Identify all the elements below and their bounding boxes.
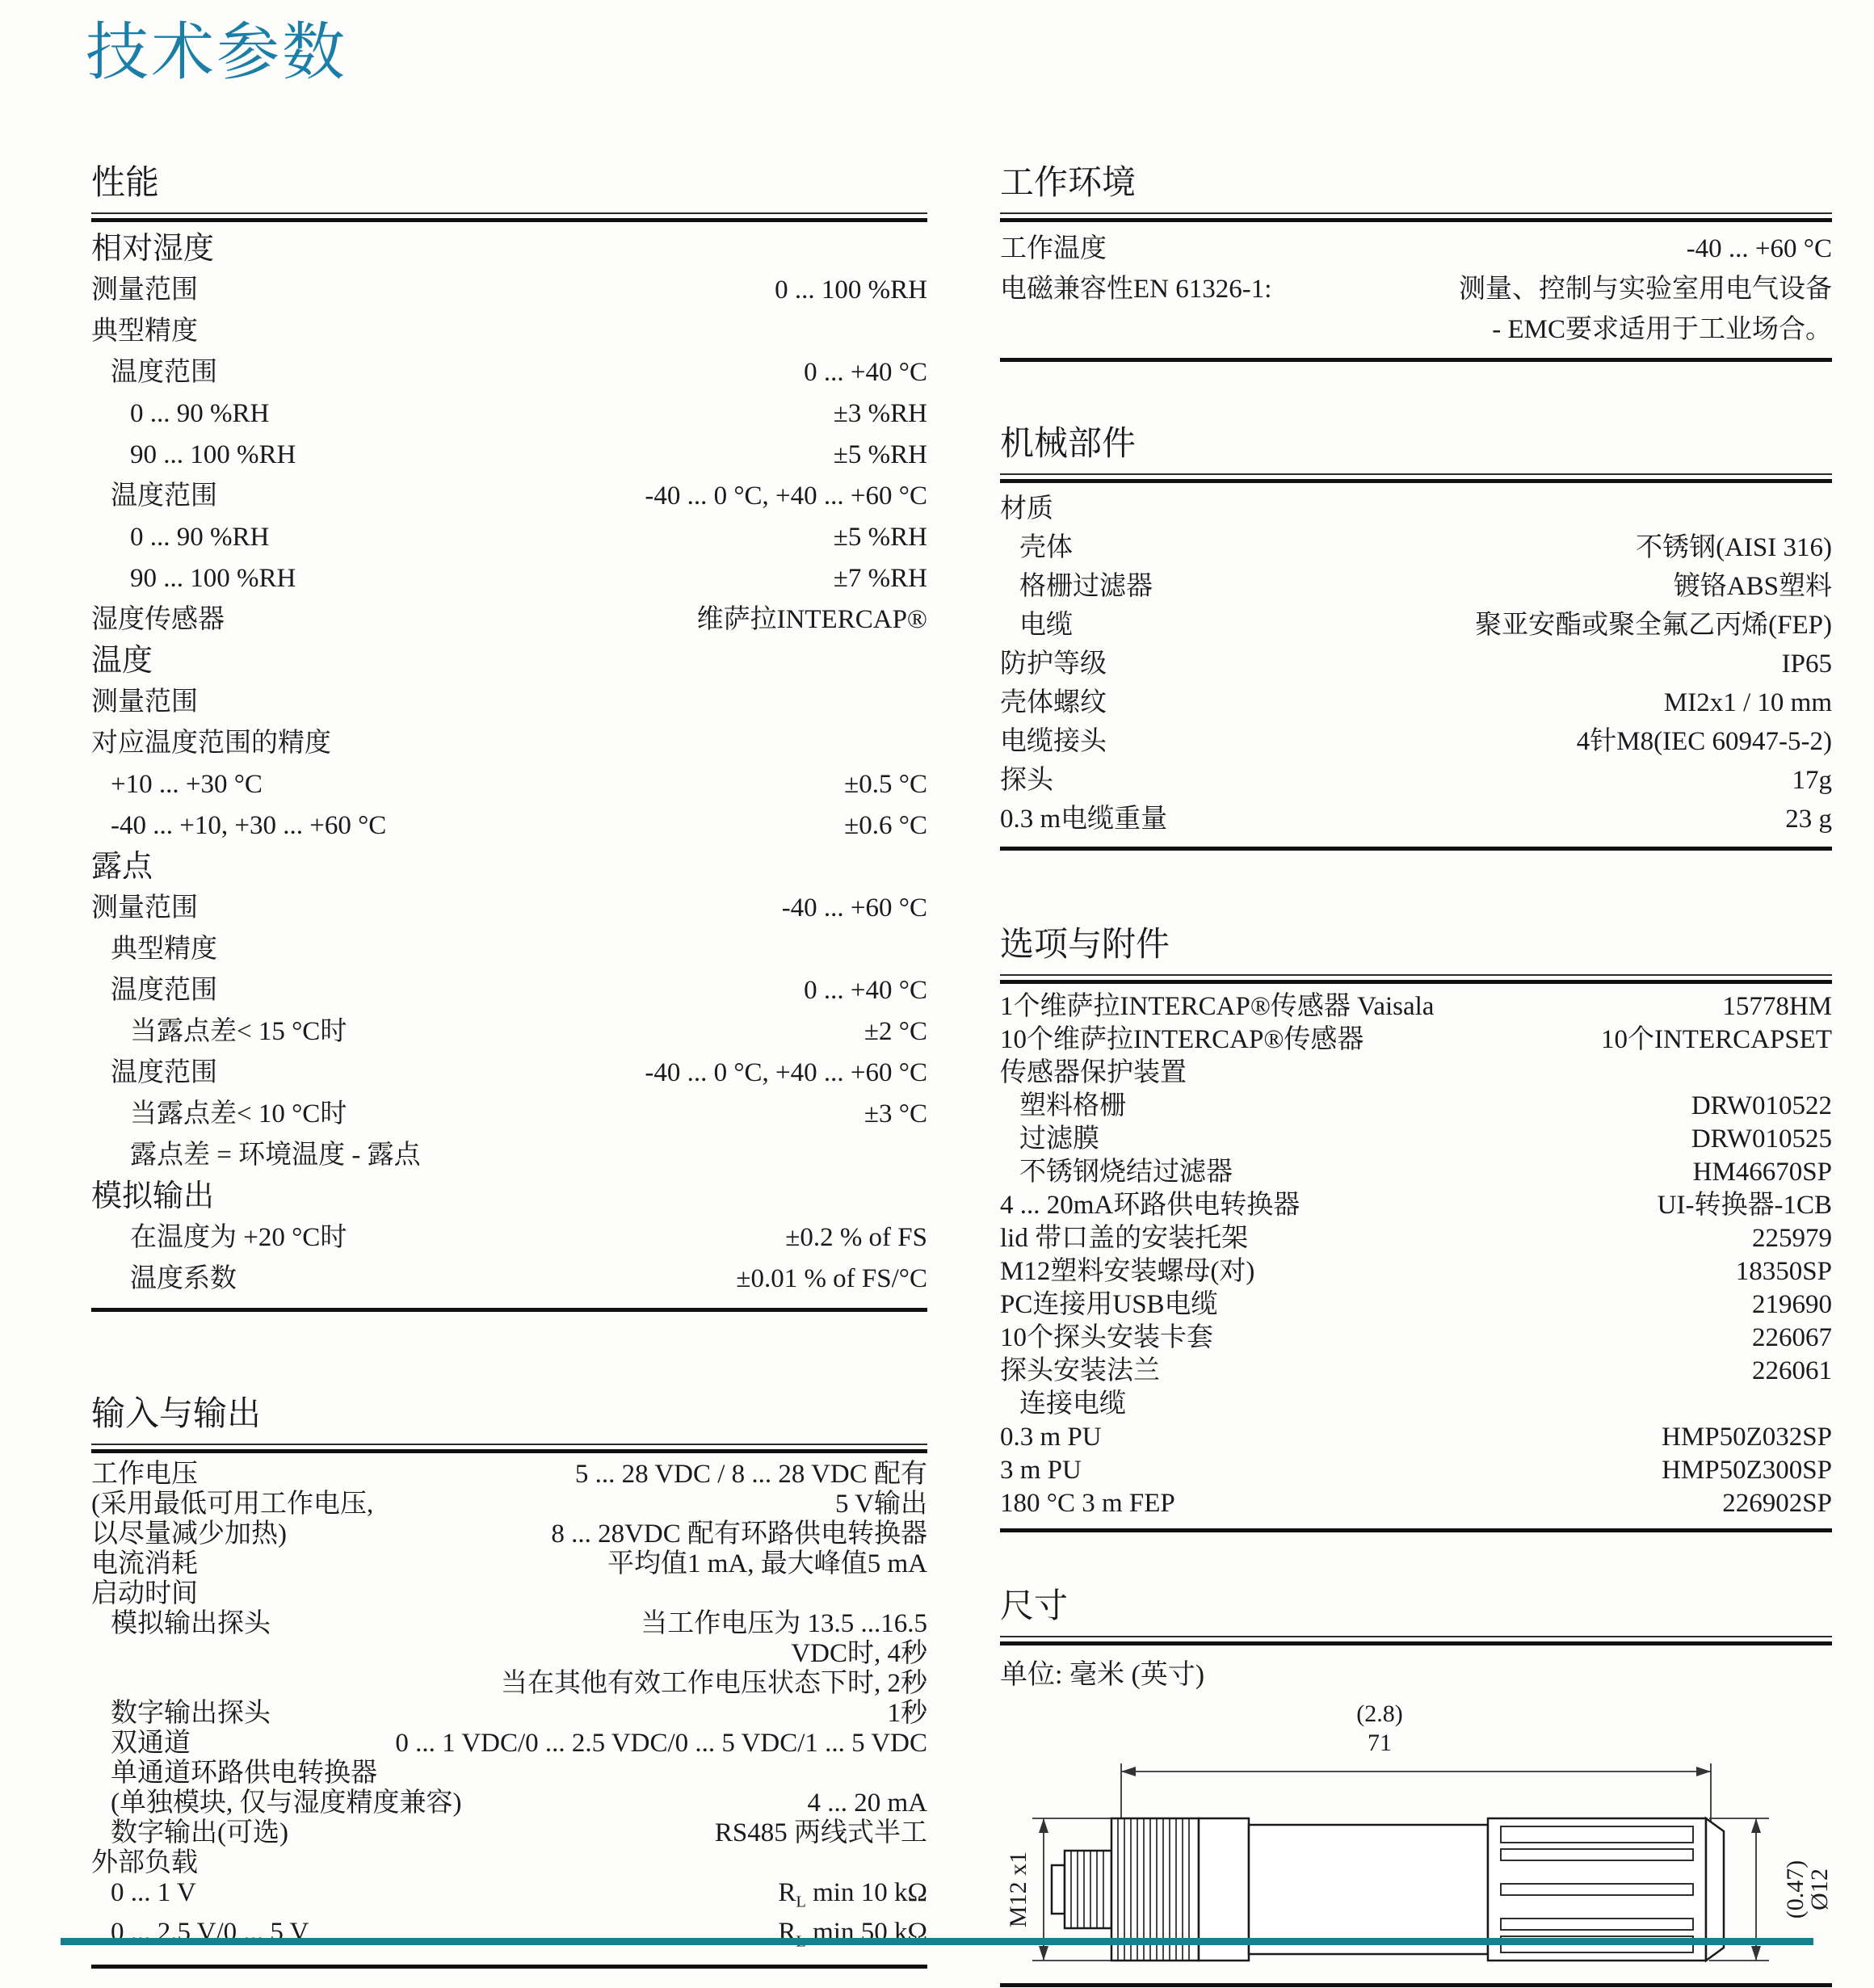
spec-label: 90 ... 100 %RH [130,558,296,599]
length-mm-label: 71 [1368,1730,1392,1756]
spec-row: 10个维萨拉INTERCAP®传感器10个INTERCAPSET [1000,1023,1832,1057]
spec-row: PC连接用USB电缆219690 [1000,1288,1832,1322]
spec-value: ±2 °C [864,1011,927,1053]
spec-label: 温度范围 [111,352,217,393]
spec-row: 90 ... 100 %RH±5 %RH [91,435,927,476]
spec-value: 聚亚安酯或聚全氟乙丙烯(FEP) [1475,606,1832,645]
diameter-mm-label: Ø12 [1806,1868,1830,1910]
spec-label: 电缆 [1019,606,1073,645]
spec-row: 90 ... 100 %RH±7 %RH [91,558,927,599]
spec-label: 测量范围 [91,682,198,723]
spec-value: 当在其他有效工作电压状态下时, 2秒 [501,1669,927,1699]
spec-label: 露点差 = 环境温度 - 露点 [130,1135,421,1176]
section-performance: 性能 相对湿度测量范围0 ... 100 %RH典型精度温度范围0 ... +4… [91,156,927,1312]
spec-row: 塑料格栅DRW010522 [1000,1090,1832,1123]
spec-value: MI2x1 / 10 mm [1664,683,1832,722]
spec-row: 电流消耗平均值1 mA, 最大峰值5 mA [91,1549,927,1579]
spec-label: 4 ... 20mA环路供电转换器 [1000,1189,1300,1222]
spec-label: 温度 [91,641,153,682]
spec-value: 不锈钢(AISI 316) [1636,528,1832,567]
spec-table-input-output: 工作电压5 ... 28 VDC / 8 ... 28 VDC 配有(采用最低可… [91,1449,927,1969]
spec-label: 当露点差< 15 °C时 [130,1011,347,1053]
spec-table-environment: 工作温度-40 ... +60 °C电磁兼容性EN 61326-1:测量、控制与… [1000,218,1832,362]
spec-row: 当露点差< 15 °C时±2 °C [91,1011,927,1053]
spec-value: HMP50Z300SP [1662,1454,1832,1487]
spec-row: 0 ... 90 %RH±5 %RH [91,517,927,558]
spec-value: ±0.2 % of FS [785,1217,927,1259]
spec-label: 工作电压 [91,1460,198,1490]
spec-label: 对应温度范围的精度 [91,723,331,764]
spec-row: 对应温度范围的精度 [91,723,927,764]
page-title: 技术参数 [86,2,347,92]
spec-value: VDC时, 4秒 [791,1639,927,1669]
spec-label: 0 ... 1 V [111,1878,196,1908]
spec-row: 在温度为 +20 °C时±0.2 % of FS [91,1217,927,1259]
spec-label: PC连接用USB电缆 [1000,1288,1218,1322]
spec-value: 5 ... 28 VDC / 8 ... 28 VDC 配有 [575,1460,927,1490]
spec-value: 0 ... +40 °C [804,352,927,393]
spec-row: 探头安装法兰226061 [1000,1355,1832,1388]
spec-label: 双通道 [111,1729,191,1759]
spec-value: 8 ... 28VDC 配有环路供电转换器 [551,1519,927,1549]
spec-label: 启动时间 [91,1579,198,1609]
datasheet-page: 技术参数 性能 相对湿度测量范围0 ... 100 %RH典型精度温度范围0 .… [0,0,1874,1988]
spec-row: 过滤膜DRW010525 [1000,1123,1832,1156]
spec-label: 湿度传感器 [91,599,225,641]
spec-row: 电缆聚亚安酯或聚全氟乙丙烯(FEP) [1000,606,1832,645]
spec-value: 23 g [1785,800,1832,838]
thread-label: M12 x1 [1005,1851,1032,1927]
spec-row: 1个维萨拉INTERCAP®传感器 Vaisala15778HM [1000,990,1832,1023]
spec-row: 露点 [91,847,927,888]
spec-value: RL min 50 kΩ [778,1918,927,1957]
length-inches-label: (2.8) [1356,1700,1402,1727]
unit-note: 单位: 毫米 (英寸) [1000,1652,1832,1699]
spec-value: 当工作电压为 13.5 ...16.5 [641,1609,927,1639]
spec-row: - EMC要求适用于工业场合。 [1000,309,1832,350]
spec-value: UI-转换器-1CB [1658,1189,1832,1222]
spec-value: 0 ... 1 VDC/0 ... 2.5 VDC/0 ... 5 VDC/1 … [395,1729,927,1759]
spec-row: 0 ... 90 %RH±3 %RH [91,393,927,435]
spec-label: 数字输出(可选) [111,1818,288,1848]
spec-label: 露点 [91,847,153,888]
spec-row: 典型精度 [91,929,927,970]
spec-row: 外部负载 [91,1848,927,1878]
spec-table-options: 1个维萨拉INTERCAP®传感器 Vaisala15778HM10个维萨拉IN… [1000,980,1832,1532]
spec-row: 3 m PUHMP50Z300SP [1000,1454,1832,1487]
spec-table-performance: 相对湿度测量范围0 ... 100 %RH典型精度温度范围0 ... +40 °… [91,218,927,1312]
spec-label: 单通道环路供电转换器 [111,1759,377,1788]
spec-value: 226061 [1752,1355,1832,1388]
spec-value: RL min 10 kΩ [778,1878,927,1918]
spec-label: 10个维萨拉INTERCAP®传感器 [1000,1023,1363,1057]
section-title-performance: 性能 [91,156,927,214]
spec-value: 平均值1 mA, 最大峰值5 mA [607,1549,927,1579]
spec-value: 225979 [1752,1222,1832,1255]
spec-row: 材质 [1000,490,1832,528]
spec-label: 电流消耗 [91,1549,198,1579]
spec-row: 模拟输出探头当工作电压为 13.5 ...16.5 [91,1609,927,1639]
section-title-environment: 工作环境 [1000,156,1832,214]
spec-value: ±0.01 % of FS/°C [736,1259,927,1300]
spec-row: 防护等级IP65 [1000,645,1832,683]
spec-label: 外部负载 [91,1848,198,1878]
spec-label: 连接电缆 [1019,1388,1126,1421]
spec-label: 模拟输出 [91,1176,214,1217]
spec-value: ±5 %RH [834,517,927,558]
spec-value: ±3 %RH [834,393,927,435]
spec-value: ±3 °C [864,1094,927,1135]
spec-value: 18350SP [1736,1255,1832,1288]
spec-row: 数字输出(可选)RS485 两线式半工 [91,1818,927,1848]
spec-row: 传感器保护装置 [1000,1057,1832,1090]
spec-label: 过滤膜 [1019,1123,1099,1156]
spec-label: 90 ... 100 %RH [130,435,296,476]
spec-row: 当在其他有效工作电压状态下时, 2秒 [91,1669,927,1699]
spec-row: 温度范围-40 ... 0 °C, +40 ... +60 °C [91,476,927,517]
spec-value: -40 ... +60 °C [1687,229,1832,269]
spec-label: 0 ... 90 %RH [130,517,269,558]
spec-label: 壳体螺纹 [1000,683,1107,722]
spec-value: -40 ... 0 °C, +40 ... +60 °C [645,476,927,517]
spec-row: 10个探头安装卡套226067 [1000,1322,1832,1355]
spec-label: 温度范围 [111,970,217,1011]
spec-row: 壳体螺纹MI2x1 / 10 mm [1000,683,1832,722]
spec-label: 电缆接头 [1000,722,1107,761]
spec-row: 壳体不锈钢(AISI 316) [1000,528,1832,567]
spec-value: 维萨拉INTERCAP® [697,599,927,641]
spec-row: 测量范围 [91,682,927,723]
spec-row: 0 ... 1 VRL min 10 kΩ [91,1878,927,1918]
spec-label: 探头 [1000,761,1053,800]
spec-row: VDC时, 4秒 [91,1639,927,1669]
spec-value: 5 V输出 [835,1490,927,1519]
right-column: 工作环境 工作温度-40 ... +60 °C电磁兼容性EN 61326-1:测… [1000,156,1832,1987]
spec-value: 0 ... 100 %RH [775,270,927,311]
spec-label: 温度范围 [111,1053,217,1094]
spec-label: 1个维萨拉INTERCAP®传感器 Vaisala [1000,990,1434,1023]
spec-label: 180 °C 3 m FEP [1000,1487,1175,1520]
section-environment: 工作环境 工作温度-40 ... +60 °C电磁兼容性EN 61326-1:测… [1000,156,1832,362]
spec-value: HMP50Z032SP [1662,1421,1832,1454]
spec-value: DRW010525 [1691,1123,1832,1156]
spec-value: IP65 [1782,645,1832,683]
spec-value: 226902SP [1722,1487,1832,1520]
spec-row: 湿度传感器维萨拉INTERCAP® [91,599,927,641]
spec-row: 探头17g [1000,761,1832,800]
spec-row: 双通道0 ... 1 VDC/0 ... 2.5 VDC/0 ... 5 VDC… [91,1729,927,1759]
spec-value: 10个INTERCAPSET [1601,1023,1832,1057]
spec-row: 温度范围-40 ... 0 °C, +40 ... +60 °C [91,1053,927,1094]
spec-row: M12塑料安装螺母(对)18350SP [1000,1255,1832,1288]
spec-row: -40 ... +10, +30 ... +60 °C±0.6 °C [91,805,927,847]
spec-row: 0.3 m电缆重量23 g [1000,800,1832,838]
spec-label: 电磁兼容性EN 61326-1: [1000,269,1271,309]
section-dimensions: 尺寸 单位: 毫米 (英寸) (2.8) 71 [1000,1579,1832,1987]
spec-label: 0.3 m PU [1000,1421,1102,1454]
diameter-inches-label: (0.47) [1782,1860,1809,1919]
spec-label: 典型精度 [111,929,217,970]
spec-label: 10个探头安装卡套 [1000,1322,1213,1355]
spec-row: 180 °C 3 m FEP226902SP [1000,1487,1832,1520]
spec-value: DRW010522 [1691,1090,1832,1123]
spec-value: 219690 [1752,1288,1832,1322]
spec-value: - EMC要求适用于工业场合。 [1492,309,1832,350]
section-options-accessories: 选项与附件 1个维萨拉INTERCAP®传感器 Vaisala15778HM10… [1000,918,1832,1532]
spec-label: 传感器保护装置 [1000,1057,1187,1090]
spec-row: 电缆接头4针M8(IEC 60947-5-2) [1000,722,1832,761]
spec-label: M12塑料安装螺母(对) [1000,1255,1254,1288]
spec-label: 0 ... 90 %RH [130,393,269,435]
spec-table-mechanical: 材质壳体不锈钢(AISI 316)格栅过滤器镀铬ABS塑料电缆聚亚安酯或聚全氟乙… [1000,479,1832,851]
spec-value: RS485 两线式半工 [715,1818,927,1848]
spec-row: (采用最低可用工作电压,5 V输出 [91,1490,927,1519]
spec-label: -40 ... +10, +30 ... +60 °C [111,805,386,847]
section-input-output: 输入与输出 工作电压5 ... 28 VDC / 8 ... 28 VDC 配有… [91,1387,927,1969]
left-column: 性能 相对湿度测量范围0 ... 100 %RH典型精度温度范围0 ... +4… [91,156,927,1969]
length-dimension: (2.8) 71 [1121,1700,1711,1822]
spec-value: 镀铬ABS塑料 [1674,567,1832,606]
spec-row: 模拟输出 [91,1176,927,1217]
spec-label: 塑料格栅 [1019,1090,1126,1123]
spec-label: 数字输出探头 [111,1699,271,1729]
spec-value: 1秒 [888,1699,928,1729]
spec-label: 测量范围 [91,888,198,929]
spec-label: (单独模块, 仅与湿度精度兼容) [111,1788,461,1818]
spec-row: 4 ... 20mA环路供电转换器UI-转换器-1CB [1000,1189,1832,1222]
spec-label: 3 m PU [1000,1454,1082,1487]
spec-row: 不锈钢烧结过滤器HM46670SP [1000,1156,1832,1189]
spec-row: 测量范围0 ... 100 %RH [91,270,927,311]
spec-label: 格栅过滤器 [1019,567,1153,606]
spec-label: 温度系数 [130,1259,237,1300]
spec-value: 4 ... 20 mA [808,1788,928,1818]
spec-row: 露点差 = 环境温度 - 露点 [91,1135,927,1176]
spec-row: 工作电压5 ... 28 VDC / 8 ... 28 VDC 配有 [91,1460,927,1490]
spec-label: 模拟输出探头 [111,1609,271,1639]
probe-diagram: (2.8) 71 M12 [1000,1700,1830,1975]
spec-label: 相对湿度 [91,229,214,270]
section-title-mechanical: 机械部件 [1000,417,1832,475]
spec-row: +10 ... +30 °C±0.5 °C [91,764,927,805]
spec-row: 电磁兼容性EN 61326-1:测量、控制与实验室用电气设备 [1000,269,1832,309]
spec-label: 材质 [1000,490,1053,528]
spec-row: (单独模块, 仅与湿度精度兼容)4 ... 20 mA [91,1788,927,1818]
spec-row: 启动时间 [91,1579,927,1609]
spec-row: 数字输出探头1秒 [91,1699,927,1729]
spec-row: 温度系数±0.01 % of FS/°C [91,1259,927,1300]
spec-value: ±0.5 °C [844,764,927,805]
spec-value: ±7 %RH [834,558,927,599]
spec-value: 测量、控制与实验室用电气设备 [1459,269,1832,309]
spec-row: 格栅过滤器镀铬ABS塑料 [1000,567,1832,606]
spec-label: lid 带口盖的安装托架 [1000,1222,1248,1255]
spec-row: 温度 [91,641,927,682]
spec-label: 在温度为 +20 °C时 [130,1217,347,1259]
spec-value: 15778HM [1722,990,1832,1023]
spec-label: (采用最低可用工作电压, [91,1490,373,1519]
spec-value: ±5 %RH [834,435,927,476]
spec-row: 温度范围0 ... +40 °C [91,970,927,1011]
spec-row: 典型精度 [91,311,927,352]
spec-label: 工作温度 [1000,229,1107,269]
section-title-dimensions: 尺寸 [1000,1579,1832,1637]
spec-label: 不锈钢烧结过滤器 [1019,1156,1233,1189]
spec-value: 4针M8(IEC 60947-5-2) [1577,722,1832,761]
spec-label: 当露点差< 10 °C时 [130,1094,347,1135]
footer-rule [61,1938,1813,1945]
spec-value: 17g [1792,761,1833,800]
spec-row: 以尽量减少加热)8 ... 28VDC 配有环路供电转换器 [91,1519,927,1549]
dimensions-body: 单位: 毫米 (英寸) (2.8) 71 [1000,1641,1832,1987]
spec-label: 测量范围 [91,270,198,311]
section-title-options: 选项与附件 [1000,918,1832,976]
spec-row: 相对湿度 [91,229,927,270]
spec-label: 0.3 m电缆重量 [1000,800,1167,838]
spec-row: 工作温度-40 ... +60 °C [1000,229,1832,269]
spec-label: 典型精度 [91,311,198,352]
section-title-input-output: 输入与输出 [91,1387,927,1445]
spec-row: 当露点差< 10 °C时±3 °C [91,1094,927,1135]
spec-row: 0 ... 2.5 V/0 ... 5 VRL min 50 kΩ [91,1918,927,1957]
section-mechanical: 机械部件 材质壳体不锈钢(AISI 316)格栅过滤器镀铬ABS塑料电缆聚亚安酯… [1000,417,1832,851]
spec-value: -40 ... 0 °C, +40 ... +60 °C [645,1053,927,1094]
spec-value: 226067 [1752,1322,1832,1355]
probe-connector [1052,1851,1111,1928]
spec-row: 0.3 m PUHMP50Z032SP [1000,1421,1832,1454]
spec-label: 壳体 [1019,528,1073,567]
spec-label: 温度范围 [111,476,217,517]
spec-row: lid 带口盖的安装托架225979 [1000,1222,1832,1255]
spec-value: -40 ... +60 °C [782,888,927,929]
spec-label: 探头安装法兰 [1000,1355,1160,1388]
spec-label: +10 ... +30 °C [111,764,263,805]
spec-label: 以尽量减少加热) [91,1519,287,1549]
spec-value: ±0.6 °C [844,805,927,847]
spec-label: 防护等级 [1000,645,1107,683]
spec-row: 单通道环路供电转换器 [91,1759,927,1788]
spec-value: HM46670SP [1693,1156,1832,1189]
spec-row: 测量范围-40 ... +60 °C [91,888,927,929]
spec-value: 0 ... +40 °C [804,970,927,1011]
spec-row: 温度范围0 ... +40 °C [91,352,927,393]
spec-row: 连接电缆 [1000,1388,1832,1421]
